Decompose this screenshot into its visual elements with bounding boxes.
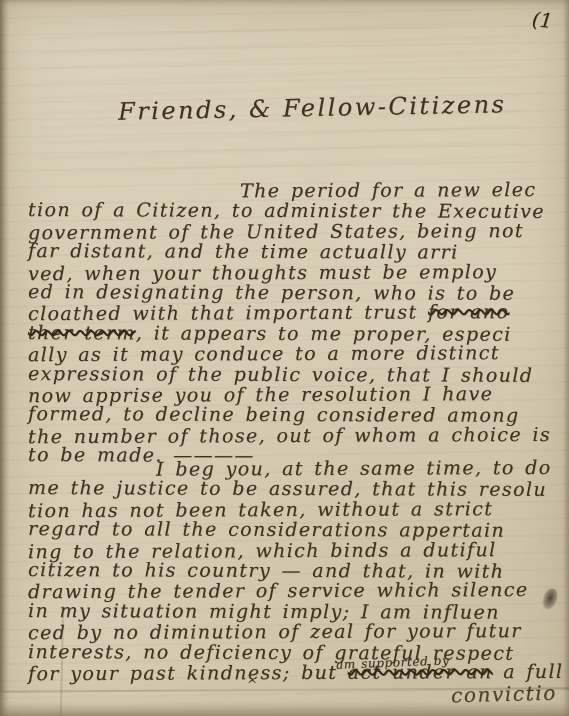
scanned-manuscript: (1 Friends, & Fellow-Citizens The period… — [0, 0, 569, 716]
struck-text: for ano — [428, 301, 510, 323]
line-text: for your past kindness; but — [28, 662, 348, 685]
paragraph-2: I beg you, at the same time, to do me th… — [28, 459, 568, 683]
fold-light-strip — [0, 691, 569, 716]
interlinear-insertion: am supported by — [336, 650, 450, 675]
manuscript-line: for your past kindness; but act under an… — [28, 662, 568, 685]
manuscript-line: ally as it may conduce to a more distinc… — [28, 343, 568, 366]
manuscript-page: (1 Friends, & Fellow-Citizens The period… — [0, 0, 569, 716]
struck-text: ther term — [28, 322, 136, 344]
manuscript-line: far distant, and the time actually arri — [28, 241, 568, 263]
paragraph-1: The period for a new elec tion of a Citi… — [28, 181, 568, 466]
manuscript-line: regard to all the considerations apperta… — [28, 519, 568, 541]
manuscript-line: ced by no diminution of zeal for your fu… — [28, 621, 568, 644]
page-number: (1 — [531, 7, 554, 33]
